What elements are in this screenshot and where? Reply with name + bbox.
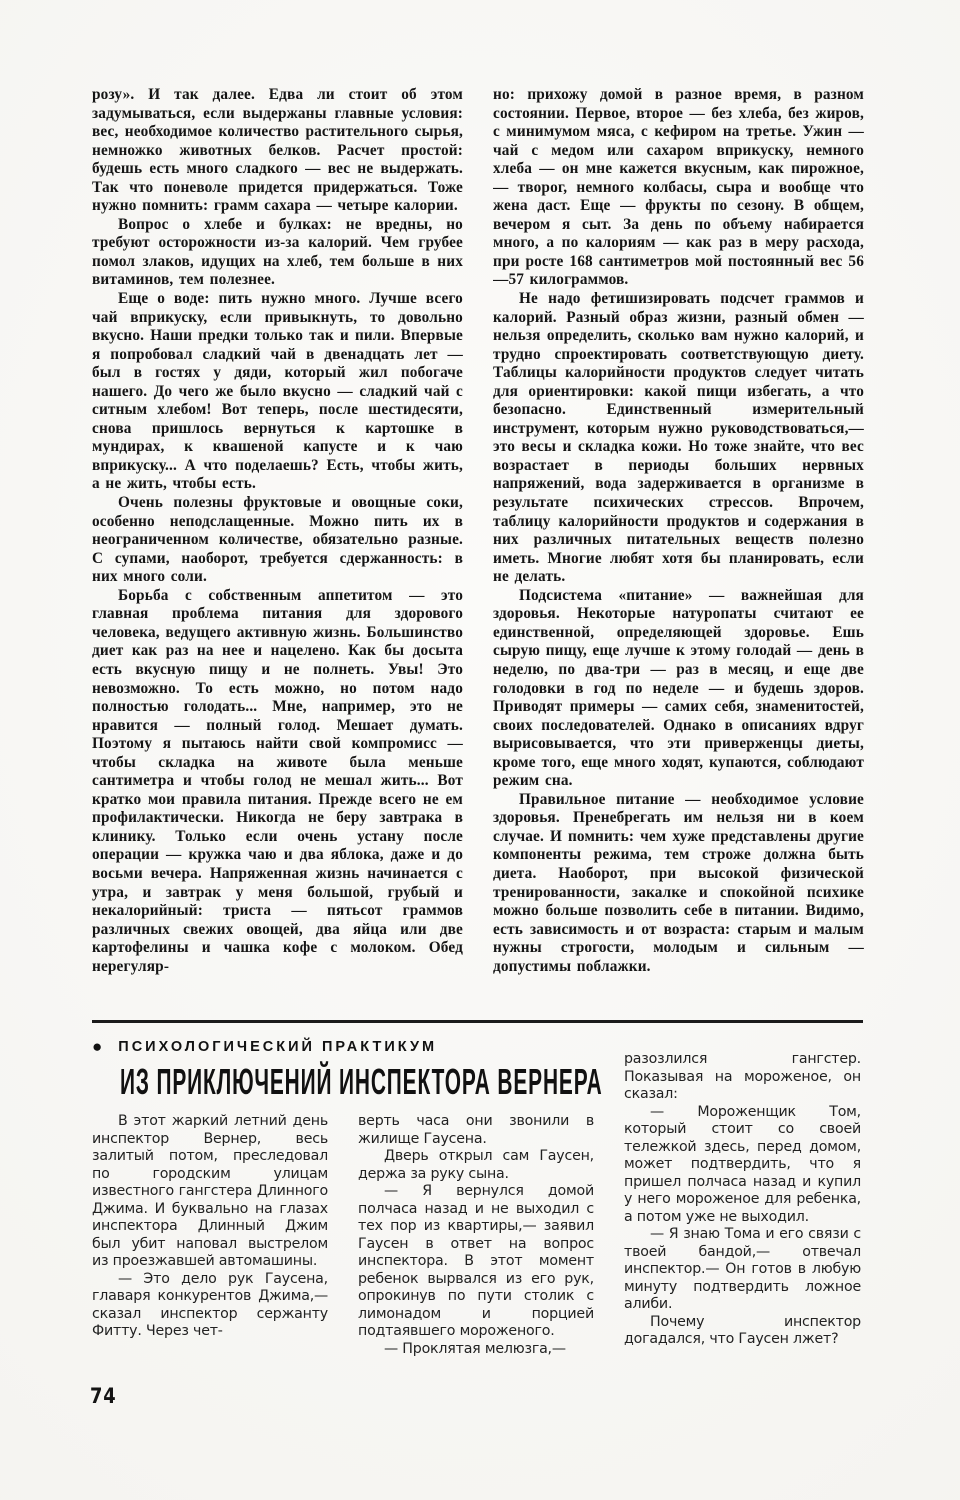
story-paragraph: — Я знаю Тома и его связи с твоей бандой… [624, 1226, 861, 1314]
practicum-header-and-columns: ● ПСИХОЛОГИЧЕСКИЙ ПРАКТИКУМ ИЗ ПРИКЛЮЧЕН… [92, 1038, 594, 1381]
story-paragraph: Дверь открыл сам Гаусен, держа за руку с… [358, 1148, 594, 1183]
story-paragraph: разозлился гангстер. Показывая на мороже… [624, 1051, 861, 1104]
article-paragraph: Вопрос о хлебе и булках: не вредны, но т… [92, 216, 463, 290]
article-column-right: но: прихожу домой в разное время, в разн… [493, 86, 864, 1016]
story-column-2: верть часа они звонили в жилище Гаусена.… [358, 1113, 594, 1378]
story-paragraph: — Проклятая мелюзга,— [358, 1341, 594, 1359]
article-paragraph: розу». И так далее. Едва ли стоит об это… [92, 86, 463, 216]
section-kicker: ● ПСИХОЛОГИЧЕСКИЙ ПРАКТИКУМ [92, 1038, 594, 1056]
magazine-page: розу». И так далее. Едва ли стоит об это… [0, 0, 960, 1500]
story-paragraph: — Я вернулся домой полчаса назад и не вы… [358, 1183, 594, 1341]
story-paragraph: Почему инспектор догадался, что Гаусен л… [624, 1314, 861, 1349]
story-column-1: В этот жаркий летний день инспектор Верн… [92, 1113, 328, 1378]
story-title: ИЗ ПРИКЛЮЧЕНИЙ ИНСПЕКТОРА ВЕРНЕРА [120, 1064, 395, 1100]
article-paragraph: Правильное питание — необходимое условие… [493, 791, 864, 976]
section-kicker-label: ПСИХОЛОГИЧЕСКИЙ ПРАКТИКУМ [118, 1039, 437, 1055]
story-paragraph: В этот жаркий летний день инспектор Верн… [92, 1113, 328, 1271]
article-column-left: розу». И так далее. Едва ли стоит об это… [92, 86, 463, 1016]
story-column-3: разозлился гангстер. Показывая на мороже… [624, 1038, 861, 1381]
story-columns: В этот жаркий летний день инспектор Верн… [92, 1113, 594, 1378]
article-paragraph: Не надо фетишизировать подсчет граммов и… [493, 290, 864, 587]
article-paragraph: но: прихожу домой в разное время, в разн… [493, 86, 864, 290]
health-article: розу». И так далее. Едва ли стоит об это… [92, 86, 864, 1016]
page-number: 74 [90, 1384, 117, 1408]
section-bullet-icon: ● [92, 1038, 102, 1055]
section-divider [92, 1020, 863, 1023]
article-paragraph: Подсистема «питание» — важнейшая для здо… [493, 587, 864, 791]
article-paragraph: Еще о воде: пить нужно много. Лучше всег… [92, 290, 463, 494]
story-paragraph: — Это дело рук Гаусена, главаря конкурен… [92, 1271, 328, 1341]
article-paragraph: Очень полезны фруктовые и овощные соки, … [92, 494, 463, 587]
story-paragraph: — Мороженщик Том, который стоит со своей… [624, 1104, 861, 1227]
article-paragraph: Борьба с собственным аппетитом — это гла… [92, 587, 463, 976]
story-paragraph: верть часа они звонили в жилище Гаусена. [358, 1113, 594, 1148]
psychology-practicum-section: ● ПСИХОЛОГИЧЕСКИЙ ПРАКТИКУМ ИЗ ПРИКЛЮЧЕН… [92, 1038, 864, 1381]
